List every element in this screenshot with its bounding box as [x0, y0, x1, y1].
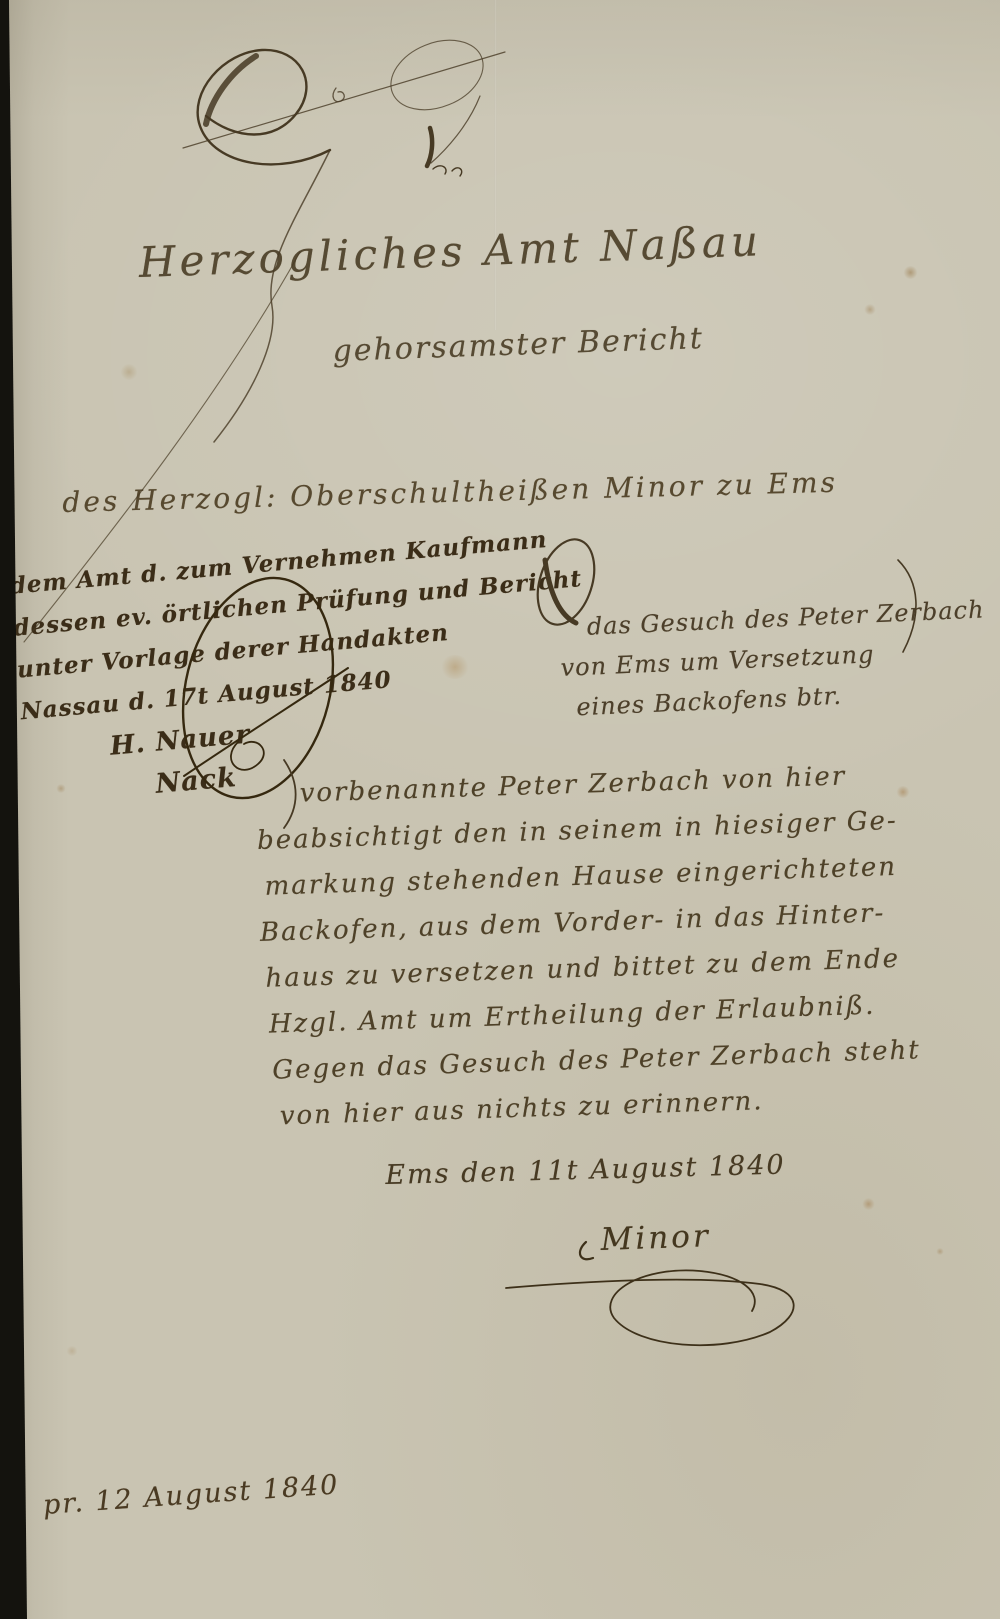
- salutation-line: gehorsamster Bericht: [332, 321, 704, 369]
- receipt-note: pr. 12 August 1840: [42, 1469, 340, 1521]
- report-author-line: des Herzogl: Oberschultheißen Minor zu E…: [62, 466, 838, 519]
- paraph-diagonal-stroke: [183, 52, 505, 148]
- paraph-bold-tick: [427, 128, 432, 166]
- paper-fold-line: [494, 0, 497, 330]
- paper-sheet: Herzogliches Amt Naßau gehorsamster Beri…: [0, 0, 1000, 1619]
- foxing-spot: [56, 784, 66, 793]
- paraph-tail: [214, 150, 330, 442]
- scanned-document-page: { "document": { "address": { "line1": "H…: [0, 0, 1000, 1619]
- foxing-spot: [66, 1346, 78, 1356]
- author-signature: Minor: [600, 1218, 711, 1258]
- ink-stain: [440, 655, 470, 679]
- paraph-squiggle: [433, 166, 462, 176]
- foxing-spot: [864, 304, 876, 315]
- paraph-connector: [431, 96, 480, 163]
- closing-dateline: Ems den 11t August 1840: [385, 1150, 786, 1191]
- signature-leadin-mark: [580, 1242, 593, 1259]
- foxing-spot: [936, 1248, 944, 1255]
- paraph-ellipse: [381, 27, 494, 122]
- report-body: vorbenannte Peter Zerbach von hier beabs…: [255, 749, 986, 1139]
- subject-block: das Gesuch des Peter Zerbach von Ems um …: [558, 589, 993, 728]
- foxing-spot: [903, 266, 918, 279]
- foxing-spot: [896, 786, 910, 798]
- foxing-spot: [862, 1198, 875, 1210]
- paraph-loop: [198, 50, 330, 164]
- address-heading: Herzogliches Amt Naßau: [138, 216, 763, 287]
- signature-flourish: [506, 1270, 794, 1345]
- paraph-small-mark: [333, 88, 344, 102]
- paraph-loop-shade: [206, 56, 256, 124]
- foxing-spot: [120, 364, 138, 380]
